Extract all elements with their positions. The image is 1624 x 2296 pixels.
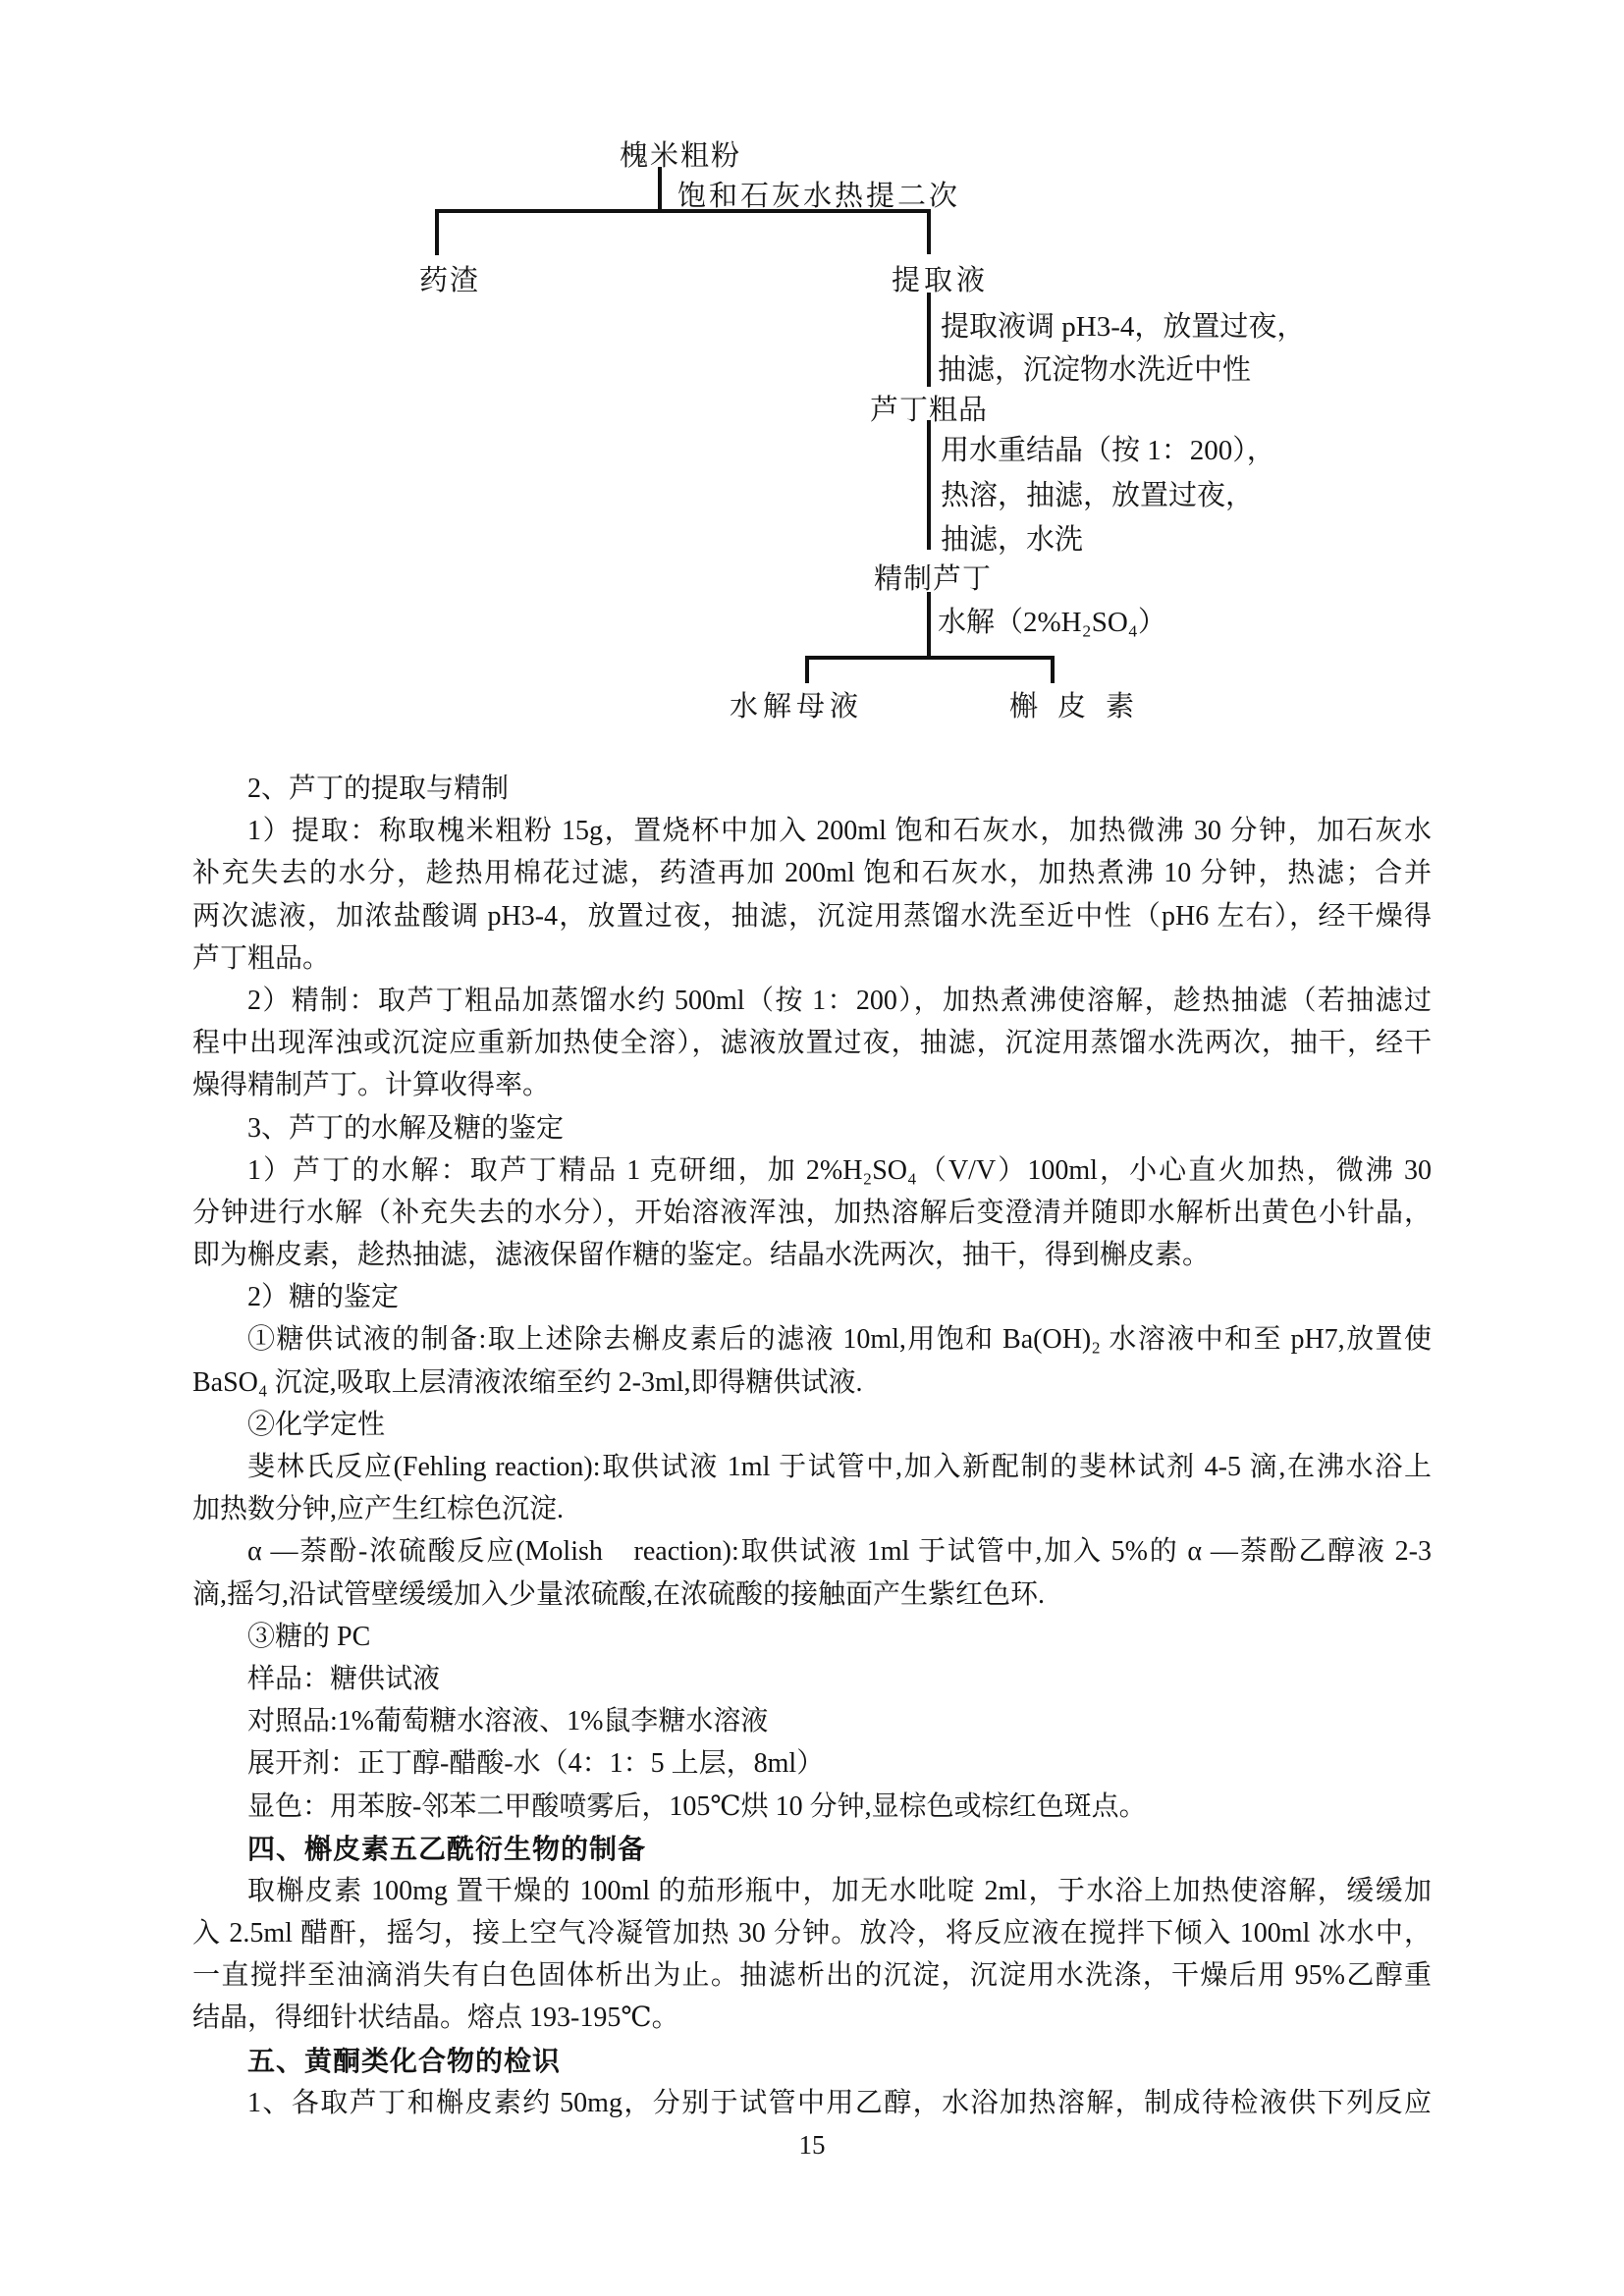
text-line: 加热数分钟,应产生红棕色沉淀. (192, 1488, 1432, 1530)
rutin-extraction-flowchart: 槐米粗粉 饱和石灰水热提二次 药渣 提取液 提取液调 pH3-4，放置过夜， 抽… (0, 0, 1624, 746)
text-line: 3、芦丁的水解及糖的鉴定 (192, 1107, 1432, 1149)
connector-branch-top (435, 209, 931, 213)
text-line: 2、芦丁的提取与精制 (192, 768, 1432, 810)
text-line: 芦丁粗品。 (192, 937, 1432, 980)
text-line: 即为槲皮素，趁热抽滤，滤液保留作糖的鉴定。结晶水洗两次，抽干，得到槲皮素。 (192, 1234, 1432, 1276)
text-line: ③糖的 PC (192, 1616, 1432, 1658)
text-line: 程中出现浑浊或沉淀应重新加热使全溶），滤液放置过夜，抽滤，沉淀用蒸馏水洗两次，抽… (192, 1022, 1432, 1064)
text-line: 显色：用苯胺-邻苯二甲酸喷雾后，105℃烘 10 分钟,显棕色或棕红色斑点。 (192, 1786, 1432, 1828)
flowchart-node-hydrolysis-mother-liquor: 水解母液 (730, 684, 863, 724)
text-line: ②化学定性 (192, 1404, 1432, 1446)
text-line: 补充失去的水分，趁热用棉花过滤，药渣再加 200ml 饱和石灰水，加热煮沸 10… (192, 852, 1432, 894)
section-heading-flavonoid-identification: 五、黄酮类化合物的检识 (192, 2040, 1432, 2082)
connector-extract-to-crude (927, 293, 931, 387)
flowchart-annotation-filter-waterwash: 抽滤，水洗 (941, 517, 1083, 558)
protocol-text: 2、芦丁的提取与精制 1）提取：称取槐米粗粉 15g，置烧杯中加入 200ml … (192, 768, 1432, 2124)
flowchart-annotation-hot-dissolve: 热溶，抽滤，放置过夜， (941, 473, 1254, 513)
text-line: ①糖供试液的制备:取上述除去槲皮素后的滤液 10ml,用饱和 Ba(OH)₂ 水… (192, 1318, 1432, 1361)
text-line: 展开剂：正丁醇-醋酸-水（4：1：5 上层，8ml） (192, 1742, 1432, 1785)
flowchart-node-huaimi-powder: 槐米粗粉 (620, 133, 741, 174)
flowchart-annotation-adjust-ph: 提取液调 pH3-4，放置过夜， (941, 304, 1305, 345)
text-line: BaSO₄ 沉淀,吸取上层清液浓缩至约 2-3ml,即得糖供试液. (192, 1362, 1432, 1404)
text-line: 滴,摇匀,沿试管壁缓缓加入少量浓硫酸,在浓硫酸的接触面产生紫红色环. (192, 1574, 1432, 1616)
flowchart-node-quercetin: 槲皮素 (1009, 684, 1154, 724)
text-line: 分钟进行水解（补充失去的水分），开始溶液浑浊，加热溶解后变澄清并随即水解析出黄色… (192, 1192, 1432, 1234)
text-line: 样品：糖供试液 (192, 1658, 1432, 1700)
text-line: 1）提取：称取槐米粗粉 15g，置烧杯中加入 200ml 饱和石灰水，加热微沸 … (192, 810, 1432, 852)
text-line: 斐林氏反应(Fehling reaction):取供试液 1ml 于试管中,加入… (192, 1446, 1432, 1488)
document-page: 槐米粗粉 饱和石灰水热提二次 药渣 提取液 提取液调 pH3-4，放置过夜， 抽… (0, 0, 1624, 2296)
text-line: 结晶，得细针状结晶。熔点 193-195℃。 (192, 1997, 1432, 2039)
connector-drop-quercetin (1051, 656, 1055, 683)
flowchart-node-residue: 药渣 (419, 258, 480, 298)
flowchart-node-refined-rutin: 精制芦丁 (874, 557, 992, 597)
text-line: 入 2.5ml 醋酐，摇匀，接上空气冷凝管加热 30 分钟。放冷，将反应液在搅拌… (192, 1912, 1432, 1954)
text-line: 2）糖的鉴定 (192, 1276, 1432, 1318)
text-line: 一直搅拌至油滴消失有白色固体析出为止。抽滤析出的沉淀，沉淀用水洗涤，干燥后用 9… (192, 1954, 1432, 1997)
text-line: 对照品:1%葡萄糖水溶液、1%鼠李糖水溶液 (192, 1700, 1432, 1742)
text-line: α —萘酚-浓硫酸反应(Molish reaction):取供试液 1ml 于试… (192, 1530, 1432, 1573)
flowchart-node-extract: 提取液 (892, 258, 989, 298)
connector-drop-mother-liquor (805, 656, 809, 683)
flowchart-annotation-recrystallize: 用水重结晶（按 1：200）， (941, 428, 1275, 468)
text-line: 燥得精制芦丁。计算收得率。 (192, 1064, 1432, 1106)
connector-refined-to-branch (927, 592, 931, 658)
section-heading-quercetin-pentaacetate: 四、槲皮素五乙酰衍生物的制备 (192, 1828, 1432, 1870)
text-line: 1）芦丁的水解：取芦丁精品 1 克研细，加 2%H₂SO₄（V/V）100ml，… (192, 1149, 1432, 1192)
text-line: 取槲皮素 100mg 置干燥的 100ml 的茄形瓶中，加无水吡啶 2ml，于水… (192, 1870, 1432, 1912)
text-line: 两次滤液，加浓盐酸调 pH3-4，放置过夜，抽滤，沉淀用蒸馏水洗至近中性（pH6… (192, 895, 1432, 937)
connector-crude-to-refined (927, 420, 931, 550)
text-line: 2）精制：取芦丁粗品加蒸馏水约 500ml（按 1：200），加热煮沸使溶解，趁… (192, 980, 1432, 1022)
connector-drop-residue (435, 209, 439, 255)
connector-root-stub (658, 167, 662, 211)
page-number: 15 (0, 2130, 1624, 2161)
text-line: 1、各取芦丁和槲皮素约 50mg，分别于试管中用乙醇，水浴加热溶解，制成待检液供… (192, 2082, 1432, 2124)
flowchart-step-lime-water-extraction: 饱和石灰水热提二次 (677, 174, 960, 214)
connector-branch-bottom (805, 656, 1055, 660)
flowchart-annotation-hydrolysis: 水解（2%H₂SO₄） (938, 600, 1166, 640)
flowchart-annotation-filter-wash: 抽滤，沉淀物水洗近中性 (938, 347, 1251, 388)
connector-drop-extract (927, 209, 931, 254)
